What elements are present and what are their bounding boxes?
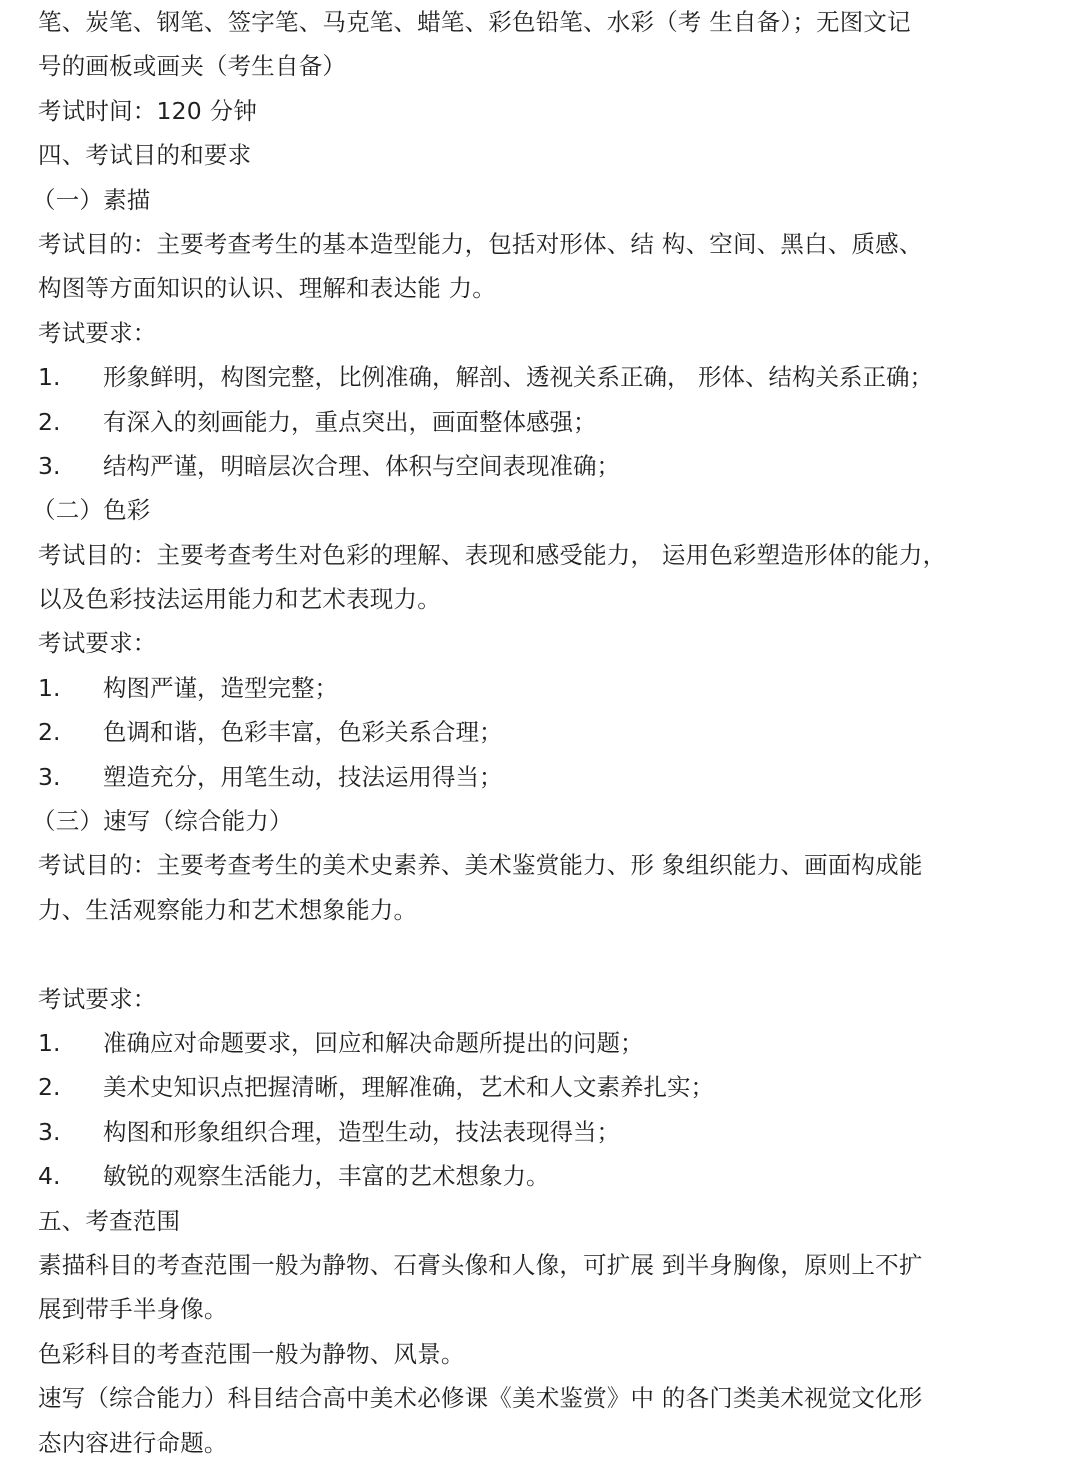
list-item-text: 构图严谨，造型完整； <box>103 666 1048 710</box>
quick-scope-line-1: 速写（综合能力）科目结合高中美术必修课《美术鉴赏》中 的各门类美术视觉文化形 <box>38 1376 1048 1420</box>
list-item-text: 美术史知识点把握清晰，理解准确，艺术和人文素养扎实； <box>103 1065 1048 1109</box>
list-item: 3. 塑造充分，用笔生动，技法运用得当； <box>38 755 1048 799</box>
quick-sketch-requirements-label: 考试要求： <box>38 977 1048 1021</box>
sketch-purpose-line-1: 考试目的：主要考查考生的基本造型能力，包括对形体、结 构、空间、黑白、质感、 <box>38 222 1048 266</box>
list-item: 2. 美术史知识点把握清晰，理解准确，艺术和人文素养扎实； <box>38 1065 1048 1109</box>
list-item: 3. 结构严谨，明暗层次合理、体积与空间表现准确； <box>38 444 1048 488</box>
list-item-text: 准确应对命题要求，回应和解决命题所提出的问题； <box>103 1021 1048 1065</box>
list-item-text: 色调和谐，色彩丰富，色彩关系合理； <box>103 710 1048 754</box>
list-item: 3. 构图和形象组织合理，造型生动，技法表现得当； <box>38 1110 1048 1154</box>
list-item-number: 3. <box>38 444 103 488</box>
list-item-number: 1. <box>38 355 103 399</box>
quick-sketch-purpose-line-1: 考试目的：主要考查考生的美术史素养、美术鉴赏能力、形 象组织能力、画面构成能 <box>38 843 1048 887</box>
color-scope: 色彩科目的考查范围一般为静物、风景。 <box>38 1332 1048 1376</box>
list-item-text: 形象鲜明，构图完整，比例准确，解剖、透视关系正确， 形体、结构关系正确； <box>103 355 1048 399</box>
blank-line <box>38 932 1048 976</box>
materials-line-1: 笔、炭笔、钢笔、签字笔、马克笔、蜡笔、彩色铅笔、水彩（考 生自备）；无图文记 <box>38 0 1048 44</box>
list-item-number: 2. <box>38 1065 103 1109</box>
quick-sketch-heading: （三）速写（综合能力） <box>32 799 1048 843</box>
list-item-text: 结构严谨，明暗层次合理、体积与空间表现准确； <box>103 444 1048 488</box>
list-item-text: 有深入的刻画能力，重点突出，画面整体感强； <box>103 400 1048 444</box>
color-purpose-line-2: 以及色彩技法运用能力和艺术表现力。 <box>38 577 1048 621</box>
list-item-number: 3. <box>38 755 103 799</box>
exam-time: 考试时间：120 分钟 <box>38 89 1048 133</box>
list-item: 1. 准确应对命题要求，回应和解决命题所提出的问题； <box>38 1021 1048 1065</box>
list-item-number: 1. <box>38 1021 103 1065</box>
sketch-heading: （一）素描 <box>32 178 1048 222</box>
list-item-text: 塑造充分，用笔生动，技法运用得当； <box>103 755 1048 799</box>
list-item-number: 3. <box>38 1110 103 1154</box>
color-requirements-label: 考试要求： <box>38 621 1048 665</box>
color-purpose-line-1: 考试目的：主要考查考生对色彩的理解、表现和感受能力， 运用色彩塑造形体的能力， <box>38 533 1048 577</box>
list-item-number: 2. <box>38 400 103 444</box>
list-item-text: 敏锐的观察生活能力，丰富的艺术想象力。 <box>103 1154 1048 1198</box>
sketch-scope-line-2: 展到带手半身像。 <box>38 1287 1048 1331</box>
quick-scope-line-2: 态内容进行命题。 <box>38 1421 1048 1465</box>
materials-line-2: 号的画板或画夹（考生自备） <box>38 44 1048 88</box>
document-body: 笔、炭笔、钢笔、签字笔、马克笔、蜡笔、彩色铅笔、水彩（考 生自备）；无图文记 号… <box>38 0 1048 1465</box>
list-item: 1. 构图严谨，造型完整； <box>38 666 1048 710</box>
section-4-heading: 四、考试目的和要求 <box>38 133 1048 177</box>
color-heading: （二）色彩 <box>32 488 1048 532</box>
sketch-scope-line-1: 素描科目的考查范围一般为静物、石膏头像和人像，可扩展 到半身胸像，原则上不扩 <box>38 1243 1048 1287</box>
list-item-number: 4. <box>38 1154 103 1198</box>
quick-sketch-purpose-line-2: 力、生活观察能力和艺术想象能力。 <box>38 888 1048 932</box>
list-item-number: 2. <box>38 710 103 754</box>
list-item: 4. 敏锐的观察生活能力，丰富的艺术想象力。 <box>38 1154 1048 1198</box>
sketch-purpose-line-2: 构图等方面知识的认识、理解和表达能 力。 <box>38 266 1048 310</box>
list-item-number: 1. <box>38 666 103 710</box>
list-item-text: 构图和形象组织合理，造型生动，技法表现得当； <box>103 1110 1048 1154</box>
section-5-heading: 五、考查范围 <box>38 1199 1048 1243</box>
list-item: 1. 形象鲜明，构图完整，比例准确，解剖、透视关系正确， 形体、结构关系正确； <box>38 355 1048 399</box>
sketch-requirements-label: 考试要求： <box>38 311 1048 355</box>
list-item: 2. 色调和谐，色彩丰富，色彩关系合理； <box>38 710 1048 754</box>
list-item: 2. 有深入的刻画能力，重点突出，画面整体感强； <box>38 400 1048 444</box>
